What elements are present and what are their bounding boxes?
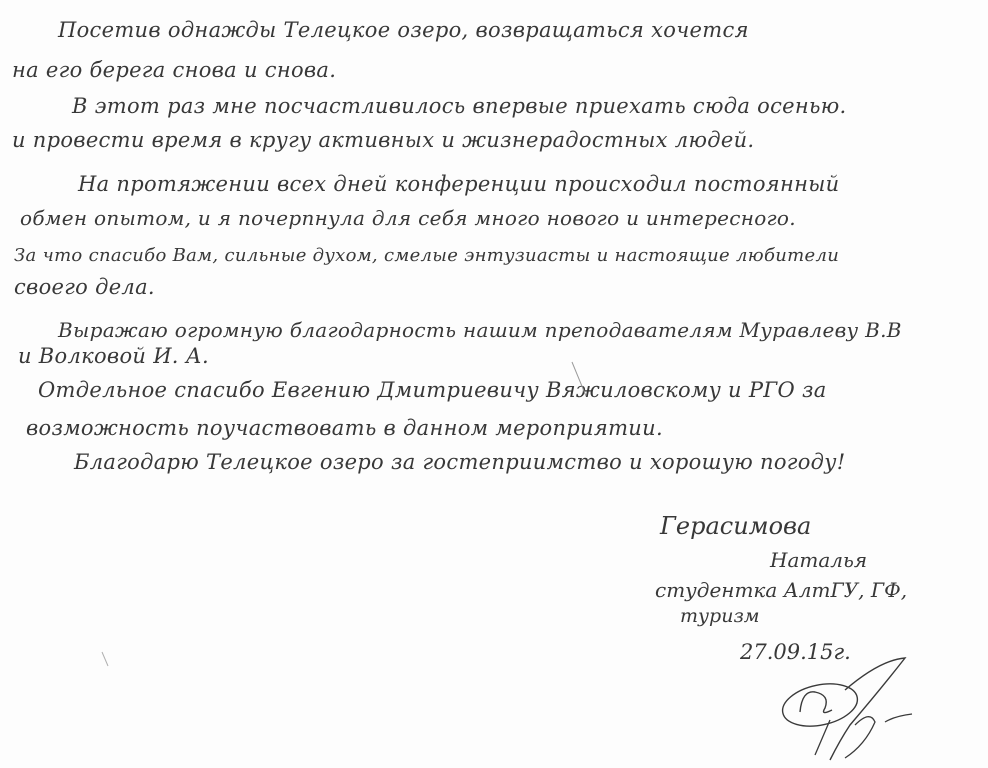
letter-line: обмен опытом, и я почерпнула для себя мн… (20, 206, 796, 230)
letter-line: на его берега снова и снова. (12, 58, 336, 82)
letter-line: Выражаю огромную благодарность нашим пре… (58, 318, 902, 342)
letter-line: возможность поучаствовать в данном мероп… (26, 416, 663, 440)
signature-specialty: туризм (680, 605, 760, 627)
scan-artifact-stroke (570, 360, 590, 400)
letter-line: В этот раз мне посчастливилось впервые п… (72, 94, 847, 118)
letter-line: За что спасибо Вам, сильные духом, смелы… (14, 245, 839, 266)
letter-line: Отдельное спасибо Евгению Дмитриевичу Вя… (38, 378, 827, 402)
signature-affiliation: студентка АлтГУ, ГФ, (655, 578, 907, 602)
scan-artifact-stroke (100, 650, 112, 670)
scanned-letter-page: Посетив однажды Телецкое озеро, возвраща… (0, 0, 988, 768)
letter-line: Посетив однажды Телецкое озеро, возвраща… (58, 18, 749, 42)
letter-line: и Волковой И. А. (18, 344, 209, 368)
letter-line: На протяжении всех дней конференции прои… (78, 172, 840, 196)
letter-line: Благодарю Телецкое озеро за гостеприимст… (74, 450, 846, 474)
handwritten-signature-icon (770, 650, 930, 768)
signature-surname: Герасимова (660, 512, 811, 540)
letter-line: своего дела. (14, 275, 155, 299)
letter-line: и провести время в кругу активных и жизн… (12, 128, 754, 152)
signature-first-name: Наталья (770, 548, 867, 572)
